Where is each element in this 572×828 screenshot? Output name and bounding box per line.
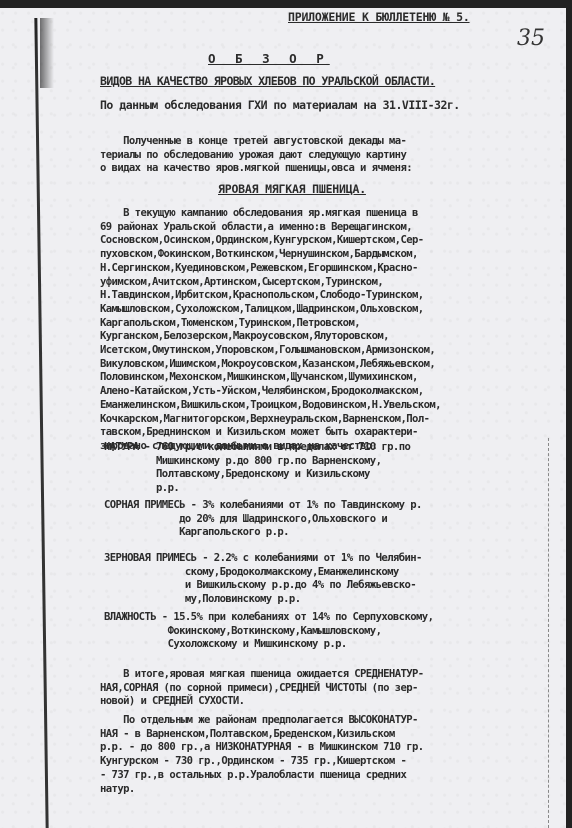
indicator-natura-text: НАТУРА - 760 гр.с колебаниями в пределах…	[104, 441, 410, 496]
indicator-label: НАТУРА -	[104, 441, 156, 453]
margin-line	[548, 438, 550, 828]
indicator-weed-text: СОРНАЯ ПРИМЕСЬ - 3% колебаниями от 1% по…	[104, 499, 422, 540]
page-fold-shadow	[40, 18, 54, 88]
district-detail-paragraph: По отдельным же районам предполагается В…	[100, 714, 540, 796]
document-page: ПРИЛОЖЕНИЕ К БЮЛЛЕТЕНЮ № 5. 35 О Б З О Р…	[0, 8, 566, 828]
page-fold-line	[34, 18, 48, 828]
indicator-label: ВЛАЖНОСТЬ -	[104, 611, 173, 623]
scan-border-right	[566, 0, 572, 828]
indicator-grain-text: ЗЕРНОВАЯ ПРИМЕСЬ - 2.2% с колебаниями от…	[104, 552, 422, 607]
indicator-label: СОРНАЯ ПРИМЕСЬ -	[104, 499, 202, 511]
page-number: 35	[517, 26, 545, 51]
document-title: О Б З О Р	[208, 51, 330, 66]
document-subtitle: ВИДОВ НА КАЧЕСТВО ЯРОВЫХ ХЛЕБОВ ПО УРАЛЬ…	[100, 74, 435, 88]
section-title: ЯРОВАЯ МЯГКАЯ ПШЕНИЦА.	[218, 182, 366, 196]
scan-border-top	[0, 0, 572, 8]
source-line: По данным обследования ГХИ по материалам…	[100, 98, 460, 112]
annex-header: ПРИЛОЖЕНИЕ К БЮЛЛЕТЕНЮ № 5.	[288, 10, 470, 24]
intro-paragraph: Полученные в конце третей августовской д…	[100, 135, 540, 176]
indicator-label: ЗЕРНОВАЯ ПРИМЕСЬ -	[104, 552, 214, 564]
districts-paragraph: В текущую кампанию обследования яр.мягка…	[100, 207, 540, 454]
summary-paragraph: В итоге,яровая мягкая пшеница ожидается …	[100, 668, 540, 709]
indicator-moisture-text: ВЛАЖНОСТЬ - 15.5% при колебаниях от 14% …	[104, 611, 433, 652]
